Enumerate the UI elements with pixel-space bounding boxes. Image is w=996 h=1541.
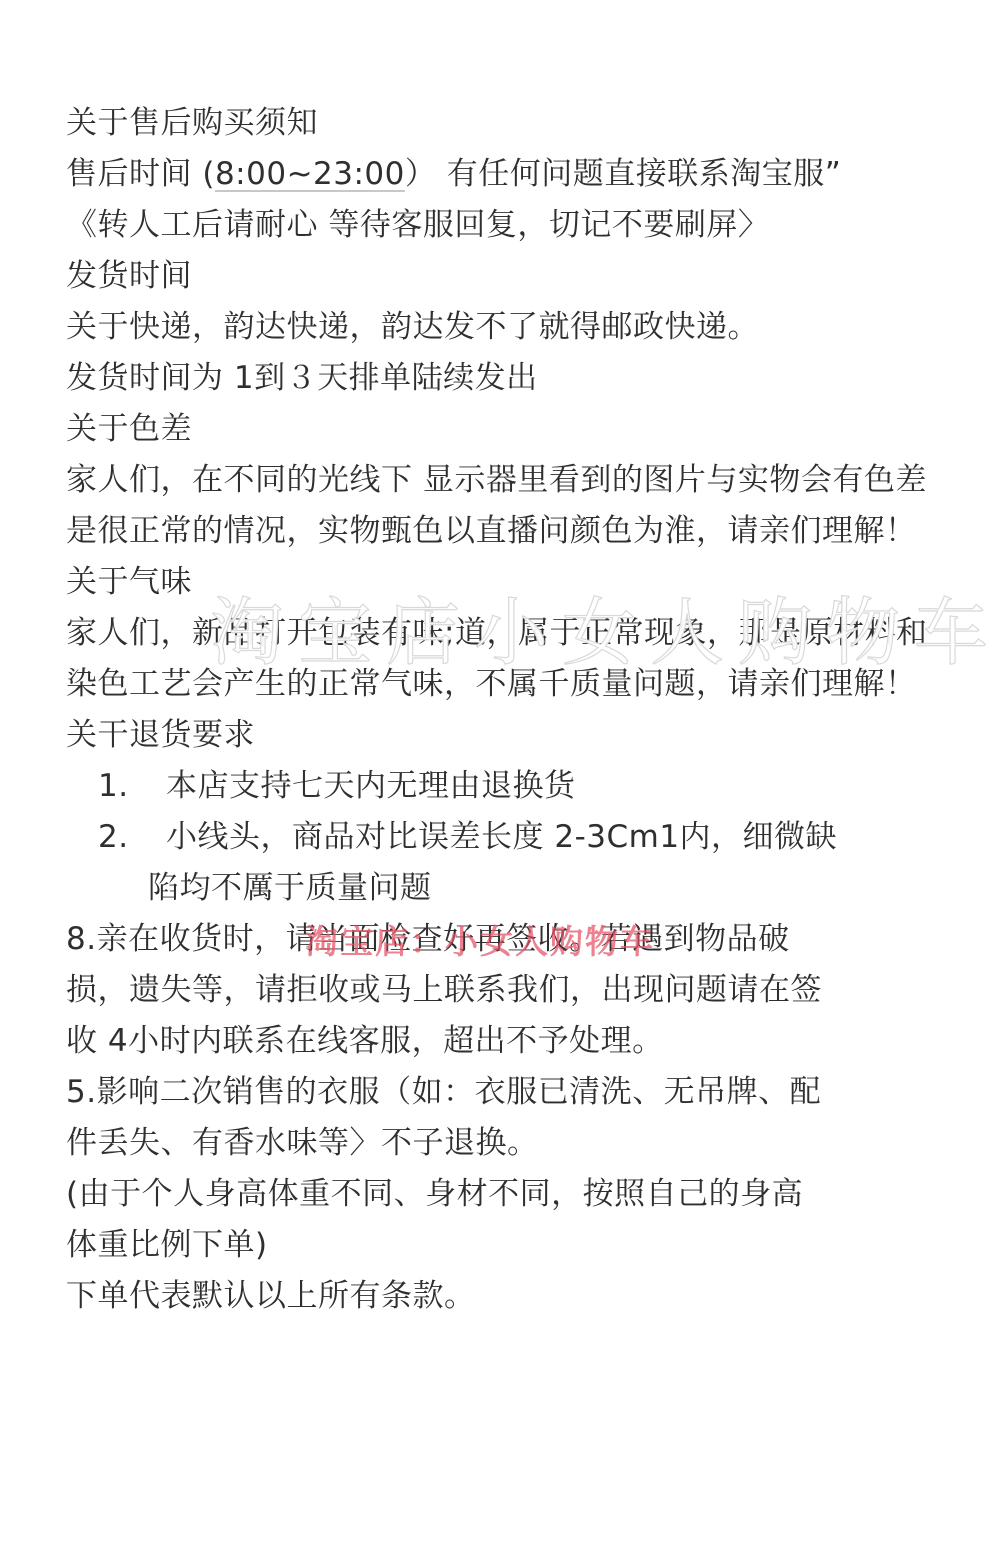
- service-hours: 8:00~23:00: [215, 156, 405, 192]
- inspection-terms-line: 8.亲在收货时，请当面检查好再签收。若遇到物品破: [66, 914, 936, 965]
- inspection-terms-line: 收 4小时内联系在线客服，超出不予处理。: [66, 1016, 936, 1067]
- section-heading-odor: 关于气味: [66, 557, 936, 608]
- hours-prefix: 售后时间 (: [66, 156, 215, 192]
- list-number: 1.: [98, 761, 166, 812]
- section-heading-return-requirements: 关干退货要求: [66, 710, 936, 761]
- shipping-duration: 发货时间为 1到３天排单陆续发出: [66, 353, 936, 404]
- after-sales-notice: 关于售后购买须知 售后时间 (8:00~23:00） 有任何问题直接联系淘宝服”…: [66, 98, 936, 1322]
- odor-paragraph: 家人们，新品打开包装有味;道，属于正常现象，那是原材料和染色工艺会产生的正常气味…: [66, 608, 936, 710]
- return-rule-item: 1. 本店支持七天内无理由退换货: [66, 761, 936, 812]
- hours-suffix: ） 有任何问题直接联系淘宝服”: [405, 156, 841, 192]
- list-text-wrapper: 小线头，商品对比误差长度 2-3Cm1内，细微缺 陷均不厲于质量问题: [166, 812, 936, 914]
- patience-note: 《转人工后请耐心 等待客服回复，切记不要刷屏〉: [66, 200, 936, 251]
- color-difference-paragraph: 家人们，在不同的光线下 显示器里看到的图片与实物会有色差是很正常的情况，实物甄色…: [66, 455, 936, 557]
- return-rule-item: 2. 小线头，商品对比误差长度 2-3Cm1内，细微缺 陷均不厲于质量问题: [66, 812, 936, 914]
- inspection-terms-line: 损，遗失等，请拒收或马上联系我们，出现问题请在签: [66, 965, 936, 1016]
- sizing-note-line: (由于个人身高体重不同、身材不同，按照自己的身高: [66, 1169, 936, 1220]
- sizing-note-line: 体重比例下单): [66, 1220, 936, 1271]
- after-sales-hours-line: 售后时间 (8:00~23:00） 有任何问题直接联系淘宝服”: [66, 149, 936, 200]
- resale-terms-line: 件丢失、有香水味等〉不子退换。: [66, 1118, 936, 1169]
- list-text: 小线头，商品对比误差长度 2-3Cm1内，细微缺: [166, 819, 837, 855]
- courier-info: 关于快递，韵达快递，韵达发不了就得邮政快递。: [66, 302, 936, 353]
- list-text: 本店支持七天内无理由退换货: [166, 761, 936, 812]
- list-text-continued: 陷均不厲于质量问题: [148, 863, 936, 914]
- resale-terms-line: 5.影响二次销售的衣服（如：衣服已清洗、无吊牌、配: [66, 1067, 936, 1118]
- agreement-line: 下单代表默认以上所有条款。: [66, 1271, 936, 1322]
- section-heading-color-difference: 关于色差: [66, 404, 936, 455]
- section-heading-shipping-time: 发货时间: [66, 251, 936, 302]
- section-heading-after-sales: 关于售后购买须知: [66, 98, 936, 149]
